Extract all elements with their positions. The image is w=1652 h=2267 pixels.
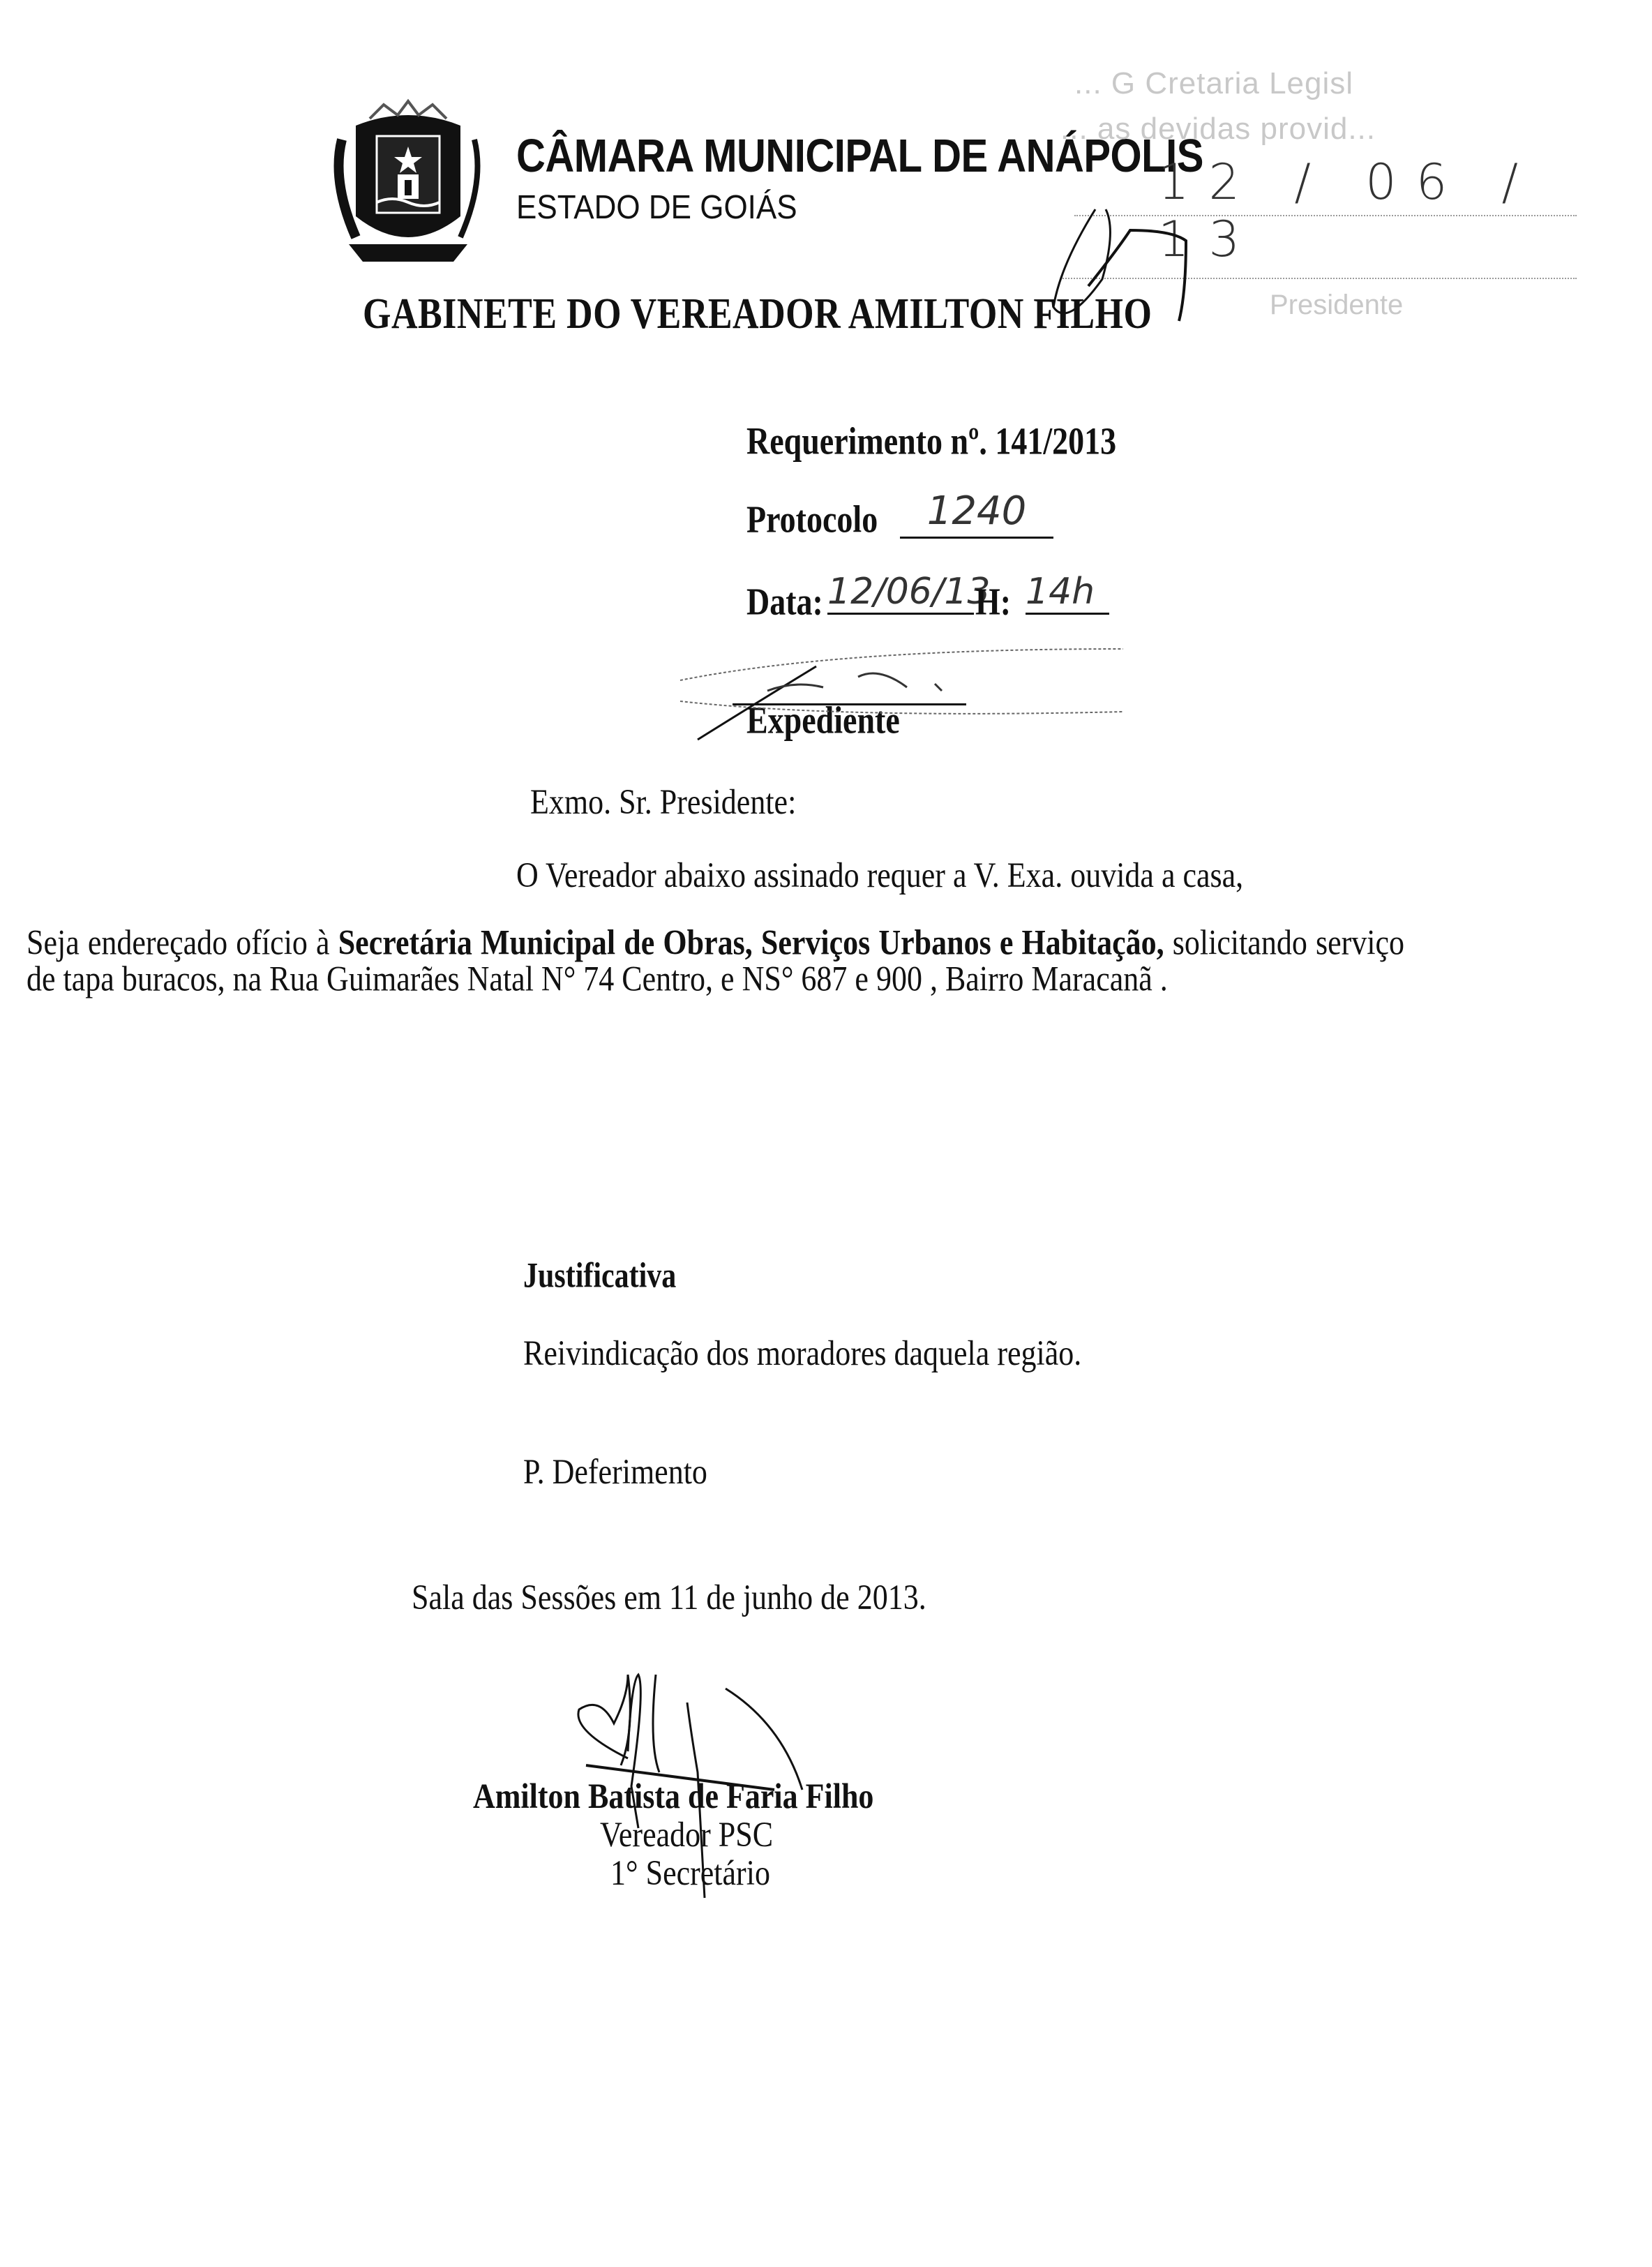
data-value: 12/06/13 bbox=[827, 571, 974, 615]
stamp-rule bbox=[1060, 278, 1577, 279]
stamp-text-line1: ... G Cretaria Legisl bbox=[1074, 66, 1353, 101]
place-date: Sala das Sessões em 11 de junho de 2013. bbox=[412, 1577, 926, 1618]
expediente-label: Expediente bbox=[746, 698, 900, 742]
stamp-role: Presidente bbox=[1270, 290, 1403, 321]
justification-heading: Justificativa bbox=[523, 1256, 676, 1296]
signatory-position: 1° Secretário bbox=[610, 1853, 770, 1894]
signatory-role: Vereador PSC bbox=[600, 1814, 773, 1855]
salutation: Exmo. Sr. Presidente: bbox=[530, 781, 796, 823]
justification-text: Reivindicação dos moradores daquela regi… bbox=[523, 1333, 1081, 1374]
signatory-name: Amilton Batista de Faria Filho bbox=[473, 1776, 873, 1817]
protocolo-value: 1240 bbox=[900, 488, 1053, 539]
stamp-text-line2: ... as devidas provid... bbox=[1060, 112, 1376, 147]
hora-label: H: bbox=[975, 579, 1011, 624]
coat-of-arms-icon bbox=[328, 98, 488, 265]
closing-text: P. Deferimento bbox=[523, 1451, 707, 1492]
request-paragraph: Seja endereçado ofício à Secretária Muni… bbox=[27, 925, 1404, 997]
data-label: Data: bbox=[746, 579, 823, 624]
state-subtitle: ESTADO DE GOIÁS bbox=[516, 188, 797, 227]
handwritten-signatures bbox=[0, 0, 1652, 2267]
requerimento-number: Requerimento nº. 141/2013 bbox=[746, 419, 1116, 463]
stamp-date: 12 / 06 / 13 bbox=[1158, 154, 1652, 268]
paragraph-pre: Seja endereçado ofício à bbox=[27, 923, 338, 962]
intro-line: O Vereador abaixo assinado requer a V. E… bbox=[516, 855, 1243, 896]
protocolo-label: Protocolo bbox=[746, 497, 878, 541]
hora-value: 14h bbox=[1026, 571, 1109, 615]
office-heading: GABINETE DO VEREADOR AMILTON FILHO bbox=[363, 290, 1152, 339]
paragraph-recipient: Secretária Municipal de Obras, Serviços … bbox=[338, 923, 1164, 962]
stamp-rule bbox=[1074, 215, 1577, 216]
